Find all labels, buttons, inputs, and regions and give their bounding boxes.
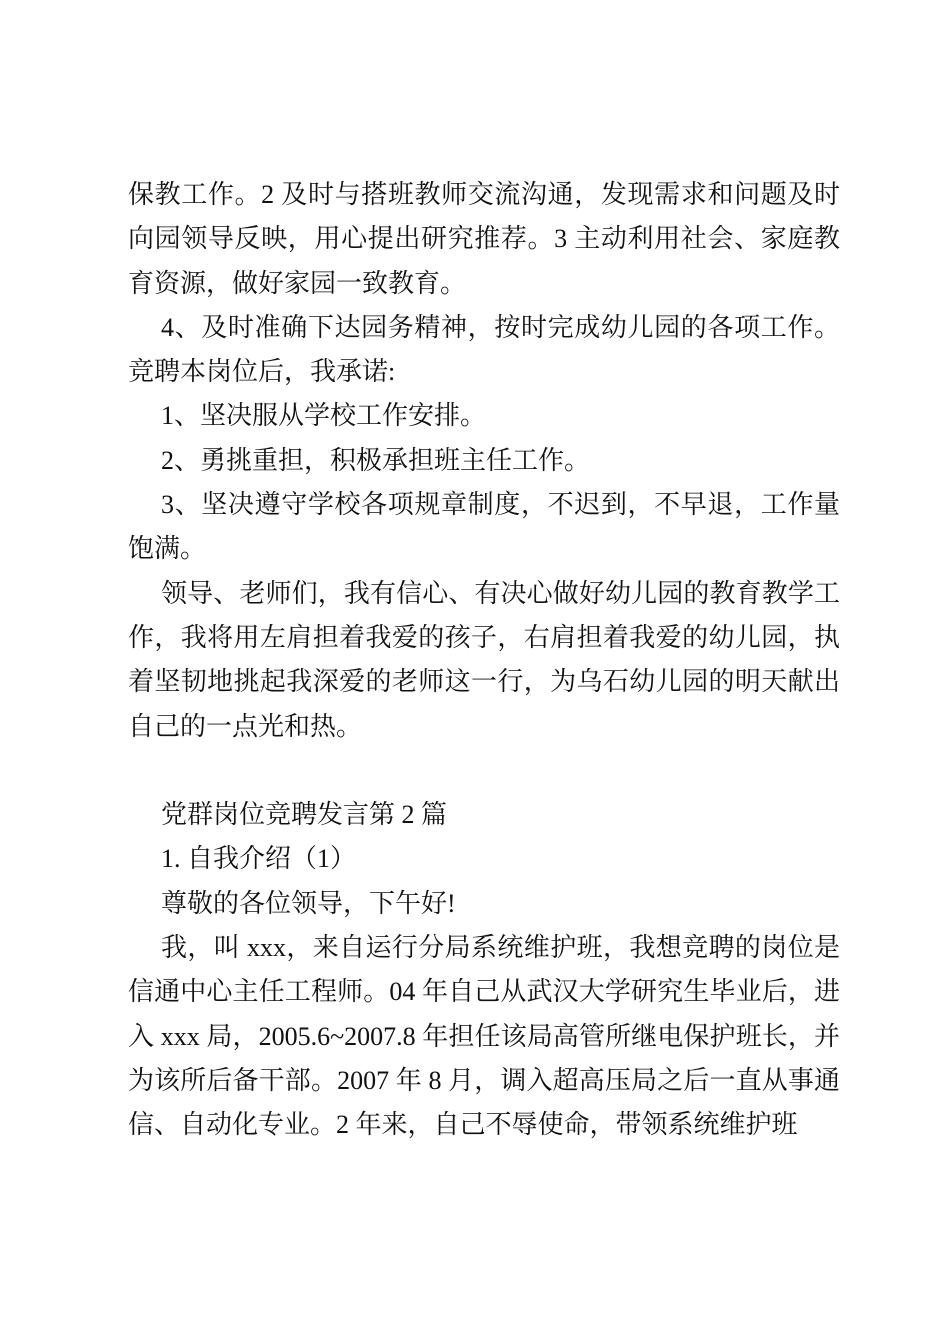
document-body: 保教工作。2 及时与搭班教师交流沟通，发现需求和问题及时向园领导反映，用心提出研…: [128, 173, 840, 1148]
paragraph: 保教工作。2 及时与搭班教师交流沟通，发现需求和问题及时向园领导反映，用心提出研…: [128, 173, 840, 306]
paragraph: 1、坚决服从学校工作安排。: [128, 394, 840, 438]
paragraph: 领导、老师们，我有信心、有决心做好幼儿园的教育教学工作，我将用左肩担着我爱的孩子…: [128, 572, 840, 749]
paragraph: 党群岗位竞聘发言第 2 篇: [128, 793, 840, 837]
paragraph: 3、坚决遵守学校各项规章制度，不迟到，不早退，工作量饱满。: [128, 483, 840, 572]
paragraph: 尊敬的各位领导，下午好!: [128, 882, 840, 926]
paragraph: 我，叫 xxx，来自运行分局系统维护班，我想竞聘的岗位是信通中心主任工程师。04…: [128, 926, 840, 1147]
paragraph: 2、勇挑重担，积极承担班主任工作。: [128, 439, 840, 483]
paragraph: 1. 自我介绍（1）: [128, 837, 840, 881]
document-page: 保教工作。2 及时与搭班教师交流沟通，发现需求和问题及时向园领导反映，用心提出研…: [0, 0, 950, 1344]
paragraph: [128, 749, 840, 793]
paragraph: 4、及时准确下达园务精神，按时完成幼儿园的各项工作。竞聘本岗位后，我承诺:: [128, 306, 840, 395]
